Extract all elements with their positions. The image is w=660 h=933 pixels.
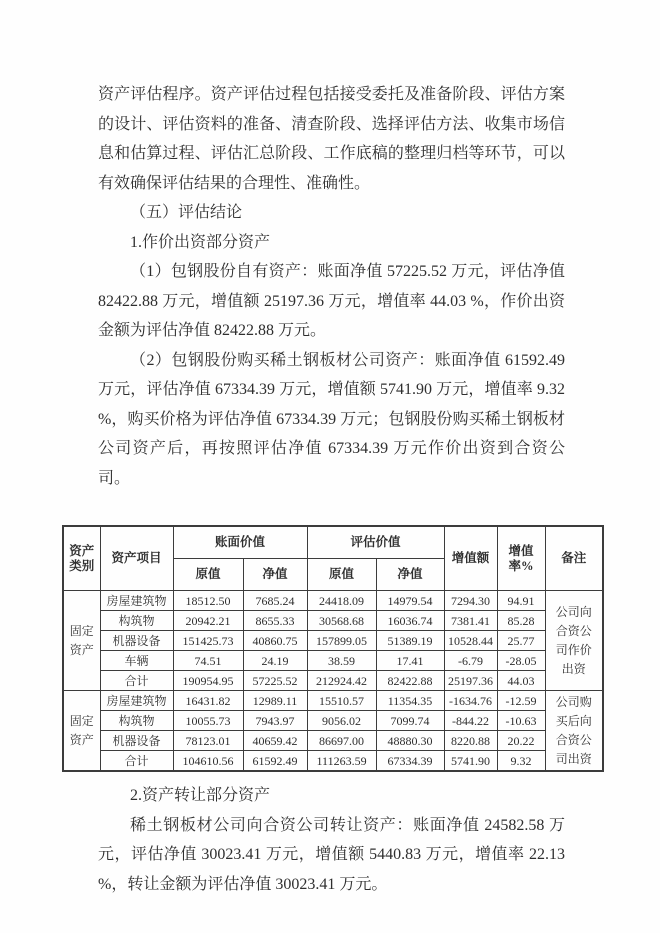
col-header-appraised-value: 评估价值 [307, 526, 444, 559]
value-cell: -844.22 [444, 711, 497, 731]
value-cell: 8655.33 [243, 611, 307, 631]
value-cell: 20.22 [497, 731, 545, 751]
col-header-book-value: 账面价值 [173, 526, 307, 559]
value-cell: 40659.42 [243, 731, 307, 751]
value-cell: -12.59 [497, 691, 545, 711]
note-cell: 公司向合资公司作价出资 [545, 591, 603, 691]
value-cell: 24418.09 [307, 591, 376, 611]
value-cell: 18512.50 [173, 591, 243, 611]
asset-class-cell: 固定资产 [63, 691, 100, 772]
table-row: 固定资产房屋建筑物16431.8212989.1115510.5711354.3… [63, 691, 603, 711]
asset-table-header: 资产类别 资产项目 账面价值 评估价值 增值额 增值率% 备注 原值 净值 原值… [63, 526, 603, 591]
value-cell: 25197.36 [444, 671, 497, 691]
value-cell: 30568.68 [307, 611, 376, 631]
value-cell: 82422.88 [376, 671, 444, 691]
asset-item-cell: 构筑物 [100, 711, 173, 731]
value-cell: 111263.59 [307, 751, 376, 772]
asset-item-cell: 机器设备 [100, 731, 173, 751]
value-cell: 48880.30 [376, 731, 444, 751]
value-cell: 151425.73 [173, 631, 243, 651]
document-page: 资产评估程序。资产评估过程包括接受委托及准备阶段、评估方案的设计、评估资料的准备… [0, 0, 660, 933]
asset-item-cell: 机器设备 [100, 631, 173, 651]
value-cell: 57225.52 [243, 671, 307, 691]
value-cell: 40860.75 [243, 631, 307, 651]
paragraph-own-assets: （1）包钢股份自有资产：账面净值 57225.52 万元，评估净值 82422.… [98, 257, 565, 346]
value-cell: 7381.41 [444, 611, 497, 631]
value-cell: 15510.57 [307, 691, 376, 711]
heading-contribution-assets: 1.作价出资部分资产 [98, 228, 565, 258]
col-header-appraised-net: 净值 [376, 559, 444, 591]
value-cell: 20942.21 [173, 611, 243, 631]
table-row: 合计190954.9557225.52212924.4282422.882519… [63, 671, 603, 691]
asset-item-cell: 房屋建筑物 [100, 591, 173, 611]
value-cell: -1634.76 [444, 691, 497, 711]
value-cell: 25.77 [497, 631, 545, 651]
heading-transfer-assets: 2.资产转让部分资产 [98, 781, 565, 811]
value-cell: 104610.56 [173, 751, 243, 772]
asset-table-body: 固定资产房屋建筑物18512.507685.2424418.0914979.54… [63, 591, 603, 772]
value-cell: 9.32 [497, 751, 545, 772]
value-cell: 38.59 [307, 651, 376, 671]
value-cell: 157899.05 [307, 631, 376, 651]
value-cell: 7294.30 [444, 591, 497, 611]
asset-class-cell: 固定资产 [63, 591, 100, 691]
note-cell: 公司购买后向合资公司出资 [545, 691, 603, 772]
paragraph-transfer-detail: 稀土钢板材公司向合资公司转让资产：账面净值 24582.58 万元，评估净值 3… [98, 811, 565, 900]
value-cell: 24.19 [243, 651, 307, 671]
value-cell: 44.03 [497, 671, 545, 691]
col-header-appraised-original: 原值 [307, 559, 376, 591]
asset-item-cell: 房屋建筑物 [100, 691, 173, 711]
asset-item-cell: 构筑物 [100, 611, 173, 631]
value-cell: 8220.88 [444, 731, 497, 751]
table-row: 构筑物20942.218655.3330568.6816036.747381.4… [63, 611, 603, 631]
value-cell: -10.63 [497, 711, 545, 731]
value-cell: 7099.74 [376, 711, 444, 731]
value-cell: 10055.73 [173, 711, 243, 731]
value-cell: 7685.24 [243, 591, 307, 611]
value-cell: 9056.02 [307, 711, 376, 731]
asset-item-cell: 合计 [100, 671, 173, 691]
value-cell: 51389.19 [376, 631, 444, 651]
value-cell: 16431.82 [173, 691, 243, 711]
value-cell: 94.91 [497, 591, 545, 611]
value-cell: -6.79 [444, 651, 497, 671]
body-text-bottom: 2.资产转让部分资产 稀土钢板材公司向合资公司转让资产：账面净值 24582.5… [98, 781, 565, 899]
table-row: 机器设备78123.0140659.4286697.0048880.308220… [63, 731, 603, 751]
table-row: 车辆74.5124.1938.5917.41-6.79-28.05 [63, 651, 603, 671]
value-cell: 17.41 [376, 651, 444, 671]
value-cell: 74.51 [173, 651, 243, 671]
table-row: 构筑物10055.737943.979056.027099.74-844.22-… [63, 711, 603, 731]
col-header-note: 备注 [545, 526, 603, 591]
value-cell: 14979.54 [376, 591, 444, 611]
value-cell: -28.05 [497, 651, 545, 671]
asset-item-cell: 合计 [100, 751, 173, 772]
value-cell: 61592.49 [243, 751, 307, 772]
col-header-book-original: 原值 [173, 559, 243, 591]
value-cell: 212924.42 [307, 671, 376, 691]
table-row: 合计104610.5661592.49111263.5967334.395741… [63, 751, 603, 772]
col-header-rate: 增值率% [497, 526, 545, 591]
value-cell: 190954.95 [173, 671, 243, 691]
paragraph-purchased-assets: （2）包钢股份购买稀土钢板材公司资产：账面净值 61592.49 万元，评估净值… [98, 346, 565, 494]
col-header-asset-item: 资产项目 [100, 526, 173, 591]
table-row: 机器设备151425.7340860.75157899.0551389.1910… [63, 631, 603, 651]
col-header-book-net: 净值 [243, 559, 307, 591]
value-cell: 86697.00 [307, 731, 376, 751]
col-header-asset-class: 资产类别 [63, 526, 100, 591]
asset-item-cell: 车辆 [100, 651, 173, 671]
value-cell: 16036.74 [376, 611, 444, 631]
value-cell: 11354.35 [376, 691, 444, 711]
table-row: 固定资产房屋建筑物18512.507685.2424418.0914979.54… [63, 591, 603, 611]
table-header-row-1: 资产类别 资产项目 账面价值 评估价值 增值额 增值率% 备注 [63, 526, 603, 559]
value-cell: 7943.97 [243, 711, 307, 731]
heading-eval-conclusion: （五）评估结论 [98, 198, 565, 228]
value-cell: 67334.39 [376, 751, 444, 772]
paragraph-eval-procedure: 资产评估程序。资产评估过程包括接受委托及准备阶段、评估方案的设计、评估资料的准备… [98, 80, 565, 198]
asset-valuation-table: 资产类别 资产项目 账面价值 评估价值 增值额 增值率% 备注 原值 净值 原值… [62, 525, 604, 772]
value-cell: 85.28 [497, 611, 545, 631]
body-text-top: 资产评估程序。资产评估过程包括接受委托及准备阶段、评估方案的设计、评估资料的准备… [98, 0, 565, 493]
value-cell: 10528.44 [444, 631, 497, 651]
value-cell: 12989.11 [243, 691, 307, 711]
value-cell: 78123.01 [173, 731, 243, 751]
col-header-increment: 增值额 [444, 526, 497, 591]
value-cell: 5741.90 [444, 751, 497, 772]
